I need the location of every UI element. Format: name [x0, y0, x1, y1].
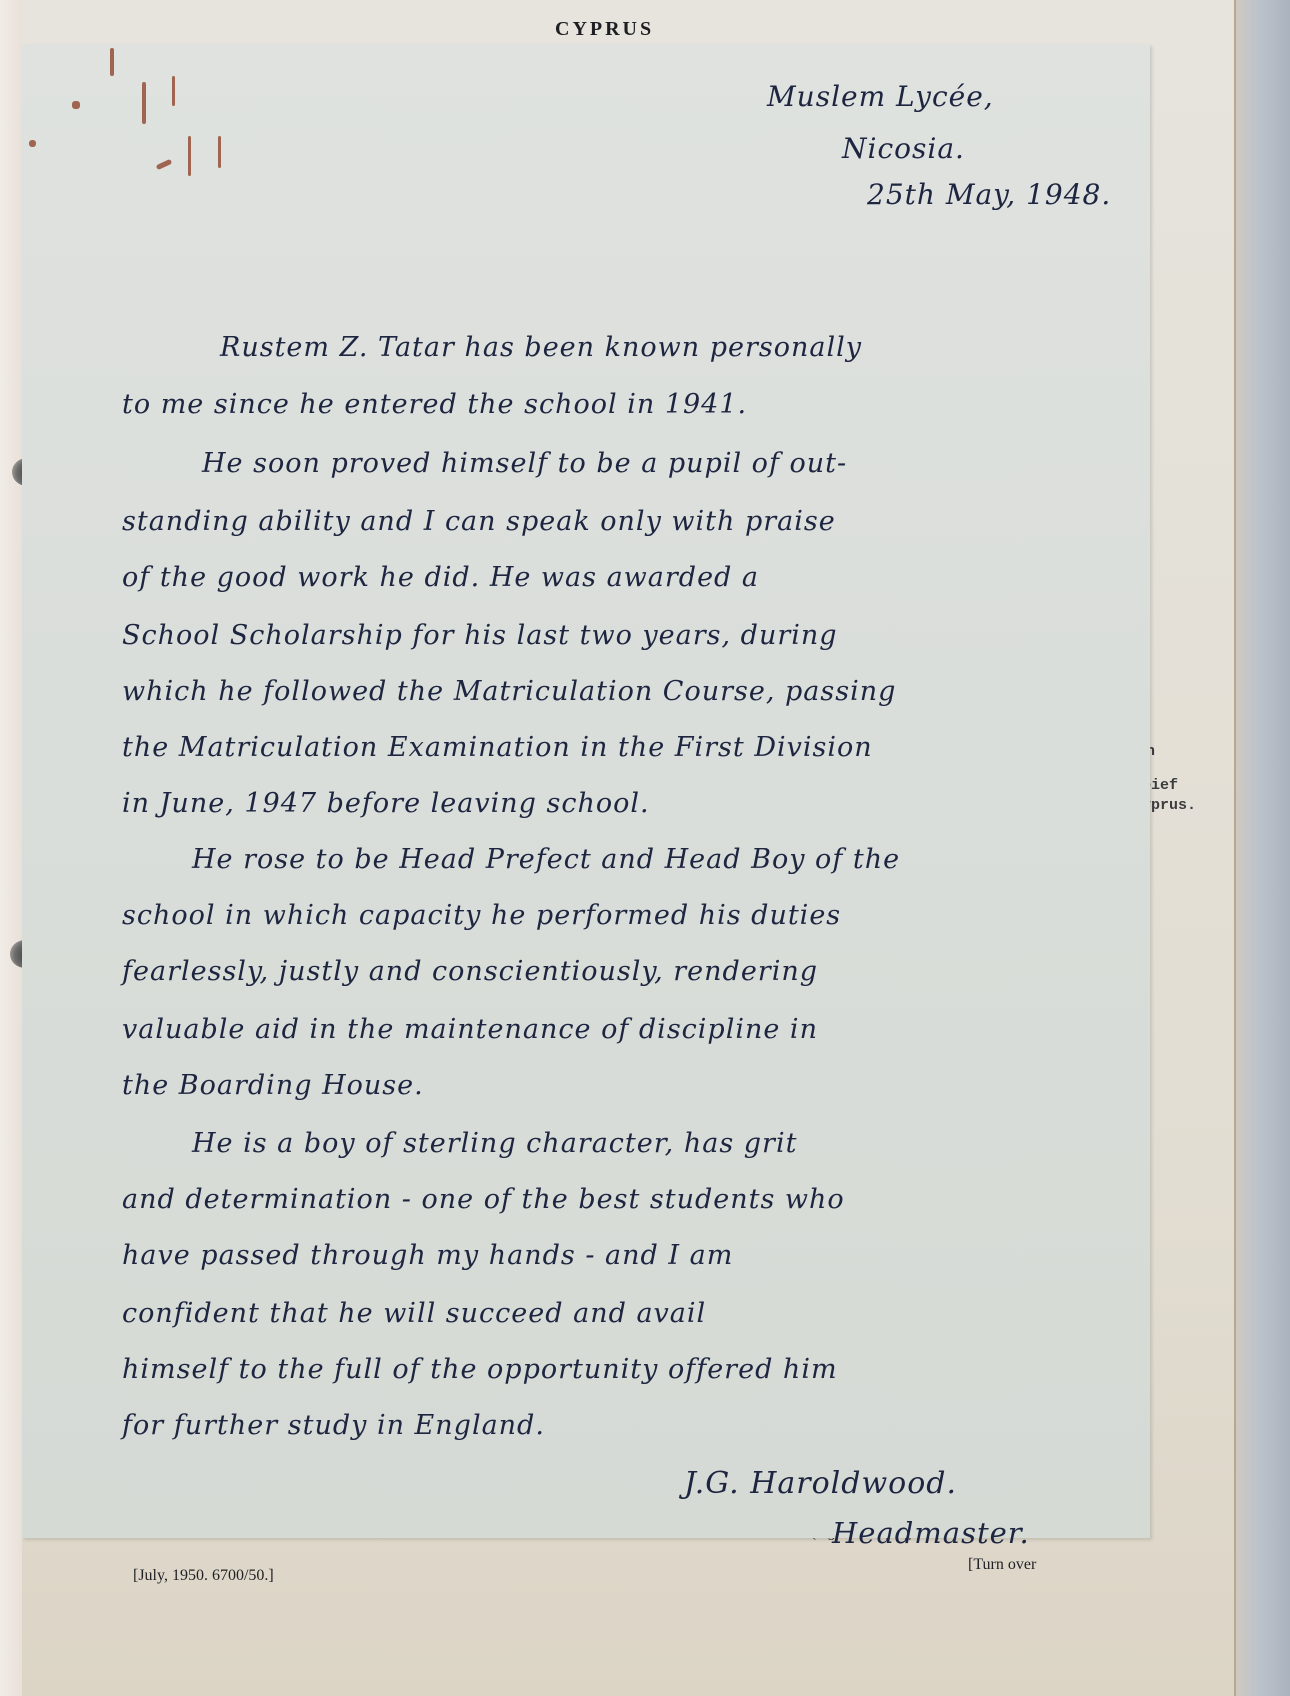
rust-stain — [156, 159, 173, 170]
form-header: CYPRUS — [555, 18, 654, 41]
letter-line: School Scholarship for his last two year… — [122, 620, 838, 651]
letter-line: confident that he will succeed and avail — [122, 1298, 706, 1329]
letter-line: for further study in England. — [122, 1410, 545, 1441]
side-text-fragment: yprus. — [1142, 796, 1196, 816]
document-photo: CYPRUS n bief yprus. (Signature of Offic… — [0, 0, 1290, 1696]
letter-line: valuable aid in the maintenance of disci… — [122, 1014, 818, 1045]
letter-line: school in which capacity he performed hi… — [122, 900, 841, 931]
letter-line: have passed through my hands - and I am — [122, 1240, 733, 1271]
form-print-code: [July, 1950. 6700/50.] — [133, 1567, 274, 1585]
side-text-fragment: n — [1146, 742, 1196, 762]
letter-date: 25th May, 1948. — [867, 178, 1111, 211]
letter-line: to me since he entered the school in 194… — [122, 389, 747, 420]
sheet-edge — [0, 0, 22, 1696]
rust-stain — [29, 140, 36, 147]
rust-stain — [110, 48, 114, 76]
turn-over-note: [Turn over — [968, 1556, 1036, 1574]
letter-line: standing ability and I can speak only wi… — [122, 506, 836, 537]
letter-line: which he followed the Matriculation Cour… — [122, 676, 896, 707]
letter-line: in June, 1947 before leaving school. — [122, 788, 650, 819]
form-side-text: n bief yprus. — [1146, 742, 1196, 816]
side-text-fragment: bief — [1142, 776, 1196, 796]
letter-line: fearlessly, justly and conscientiously, … — [122, 956, 818, 987]
letter-line: of the good work he did. He was awarded … — [122, 562, 759, 593]
sender-address-line2: Nicosia. — [842, 132, 965, 165]
letter-line: He soon proved himself to be a pupil of … — [202, 448, 847, 479]
letter-line: the Boarding House. — [122, 1070, 424, 1101]
handwritten-letter: Muslem Lycée, Nicosia. 25th May, 1948. R… — [22, 44, 1150, 1538]
letter-line: Rustem Z. Tatar has been known personall… — [220, 332, 862, 363]
letter-line: himself to the full of the opportunity o… — [122, 1354, 838, 1385]
letter-line: He is a boy of sterling character, has g… — [192, 1128, 797, 1159]
rust-stain — [172, 76, 175, 106]
rust-stain — [188, 136, 191, 176]
rust-stain — [72, 101, 80, 109]
rust-stain — [142, 82, 146, 124]
letter-line: the Matriculation Examination in the Fir… — [122, 732, 873, 763]
signature-name: J.G. Haroldwood. — [684, 1466, 957, 1501]
letter-line: and determination - one of the best stud… — [122, 1184, 845, 1215]
rust-stain — [218, 136, 221, 168]
binder-edge — [1234, 0, 1290, 1696]
letter-line: He rose to be Head Prefect and Head Boy … — [192, 844, 900, 875]
sender-address-line1: Muslem Lycée, — [767, 80, 994, 113]
signature-title: Headmaster. — [832, 1516, 1030, 1550]
